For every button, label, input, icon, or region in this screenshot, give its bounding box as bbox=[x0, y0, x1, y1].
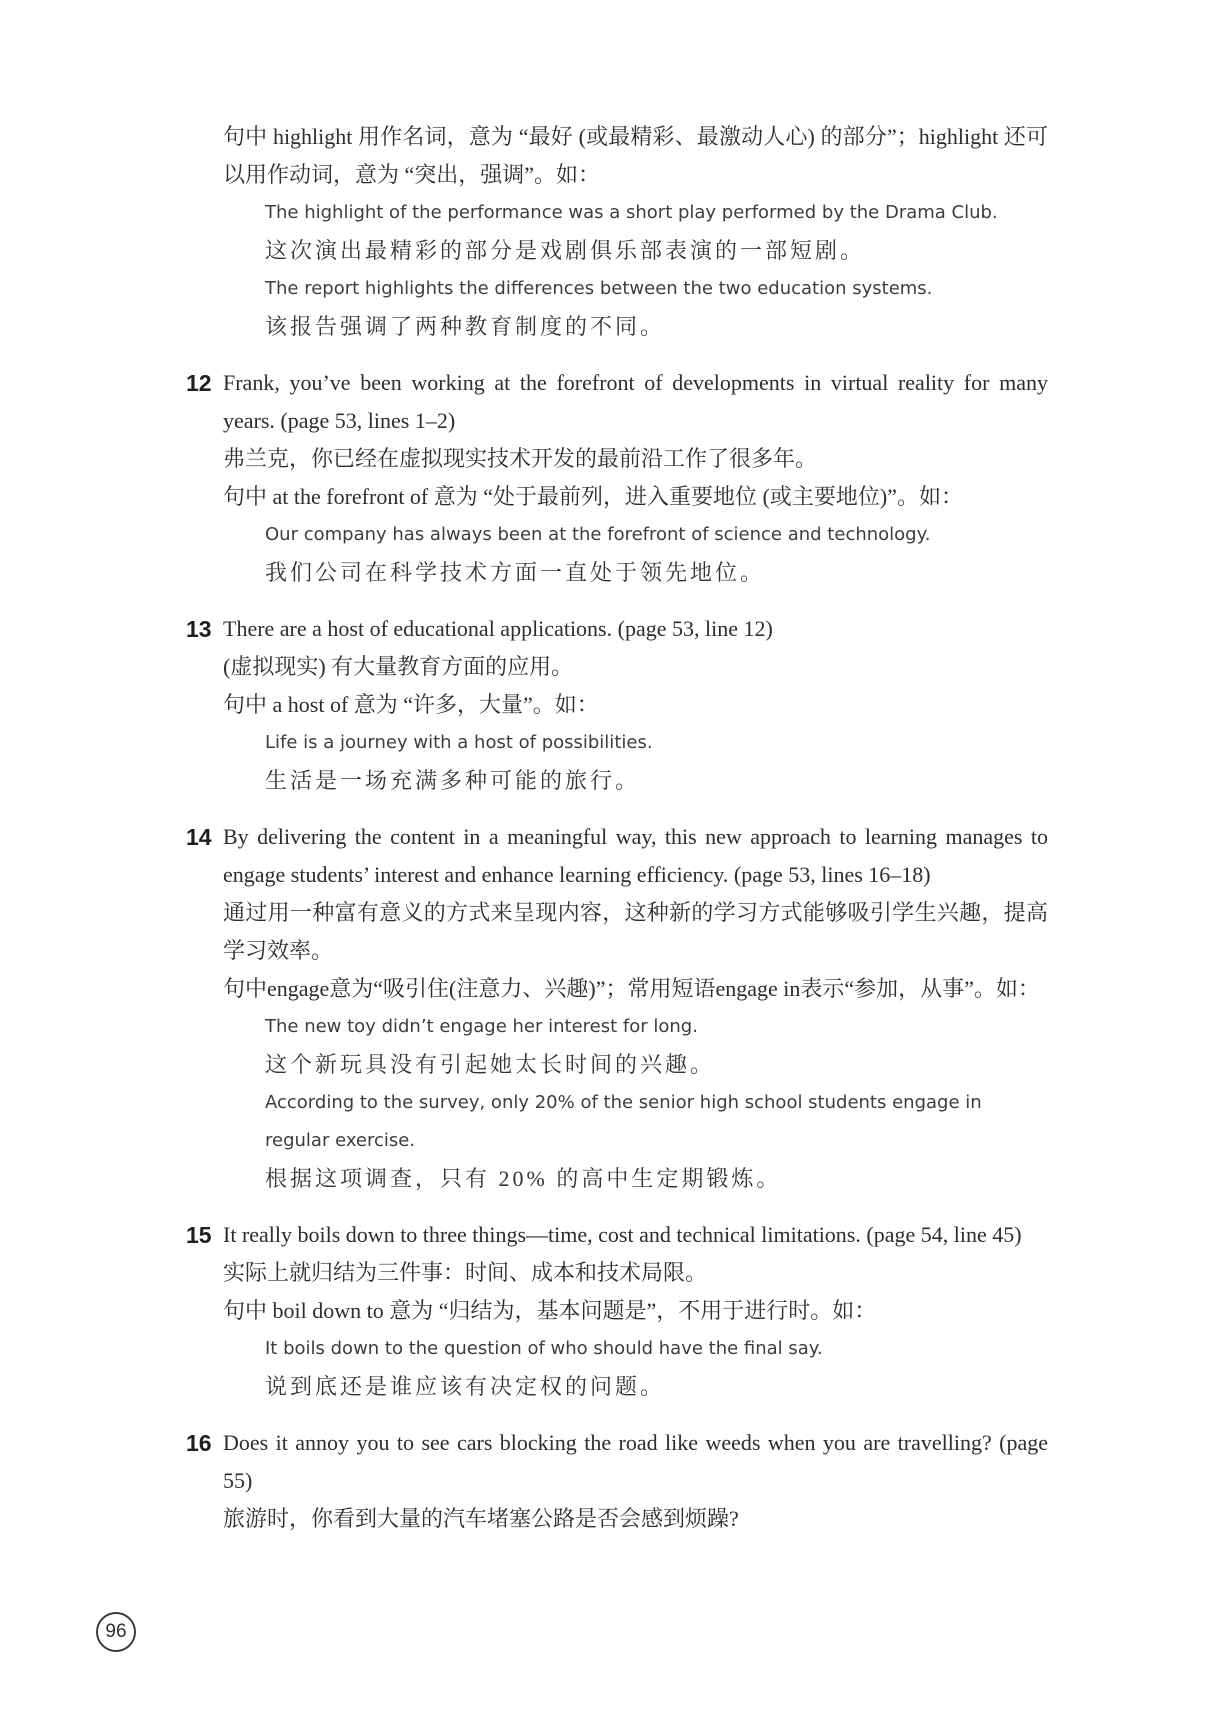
item-number: 12 bbox=[186, 364, 223, 592]
note-item-14: 14 By delivering the content in a meanin… bbox=[186, 818, 1048, 1198]
textbook-sentence: Frank, you’ve been working at the forefr… bbox=[223, 364, 1048, 440]
example-sentence-zh: 该报告强调了两种教育制度的不同。 bbox=[265, 308, 1048, 346]
textbook-sentence: By delivering the content in a meaningfu… bbox=[223, 818, 1048, 894]
note-item-highlight-continued: 句中 highlight 用作名词，意为 “最好 (或最精彩、最激动人心) 的部… bbox=[186, 118, 1048, 346]
usage-explanation: 句中 a host of 意为 “许多，大量”。如： bbox=[223, 686, 1048, 724]
example-sentence-zh: 我们公司在科学技术方面一直处于领先地位。 bbox=[265, 554, 1048, 592]
example-sentence-zh: 这次演出最精彩的部分是戏剧俱乐部表演的一部短剧。 bbox=[265, 232, 1048, 270]
note-item-12: 12 Frank, you’ve been working at the for… bbox=[186, 364, 1048, 592]
sentence-translation: (虚拟现实) 有大量教育方面的应用。 bbox=[223, 648, 1048, 686]
example-sentence-en: The new toy didn’t engage her interest f… bbox=[265, 1008, 1048, 1046]
note-item-16: 16 Does it annoy you to see cars blockin… bbox=[186, 1424, 1048, 1538]
item-number: 16 bbox=[186, 1424, 223, 1538]
usage-explanation: 句中engage意为“吸引住(注意力、兴趣)”；常用短语engage in表示“… bbox=[223, 970, 1048, 1008]
examples-block: The highlight of the performance was a s… bbox=[223, 194, 1048, 346]
sentence-translation: 实际上就归结为三件事：时间、成本和技术局限。 bbox=[223, 1254, 1048, 1292]
example-sentence-zh: 生活是一场充满多种可能的旅行。 bbox=[265, 762, 1048, 800]
note-item-body: It really boils down to three things—tim… bbox=[223, 1216, 1048, 1406]
sentence-translation: 弗兰克，你已经在虚拟现实技术开发的最前沿工作了很多年。 bbox=[223, 440, 1048, 478]
example-sentence-en: According to the survey, only 20% of the… bbox=[265, 1084, 1048, 1160]
page-number: 96 bbox=[105, 1621, 126, 1643]
note-item-13: 13 There are a host of educational appli… bbox=[186, 610, 1048, 800]
item-number: 14 bbox=[186, 818, 223, 1198]
usage-explanation: 句中 boil down to 意为 “归结为，基本问题是”，不用于进行时。如： bbox=[223, 1292, 1048, 1330]
language-notes-list: 句中 highlight 用作名词，意为 “最好 (或最精彩、最激动人心) 的部… bbox=[186, 118, 1048, 1556]
example-sentence-en: The report highlights the differences be… bbox=[265, 270, 1048, 308]
examples-block: The new toy didn’t engage her interest f… bbox=[223, 1008, 1048, 1198]
note-item-body: 句中 highlight 用作名词，意为 “最好 (或最精彩、最激动人心) 的部… bbox=[223, 118, 1048, 346]
page-number-badge: 96 bbox=[96, 1612, 136, 1652]
note-item-body: There are a host of educational applicat… bbox=[223, 610, 1048, 800]
usage-explanation: 句中 highlight 用作名词，意为 “最好 (或最精彩、最激动人心) 的部… bbox=[223, 118, 1048, 194]
note-item-15: 15 It really boils down to three things—… bbox=[186, 1216, 1048, 1406]
examples-block: Life is a journey with a host of possibi… bbox=[223, 724, 1048, 800]
item-number: 15 bbox=[186, 1216, 223, 1406]
examples-block: It boils down to the question of who sho… bbox=[223, 1330, 1048, 1406]
textbook-sentence: There are a host of educational applicat… bbox=[223, 610, 1048, 648]
note-item-body: Frank, you’ve been working at the forefr… bbox=[223, 364, 1048, 592]
example-sentence-en: The highlight of the performance was a s… bbox=[265, 194, 1048, 232]
usage-explanation: 句中 at the forefront of 意为 “处于最前列，进入重要地位 … bbox=[223, 478, 1048, 516]
textbook-page: 句中 highlight 用作名词，意为 “最好 (或最精彩、最激动人心) 的部… bbox=[0, 0, 1207, 1717]
item-number: 13 bbox=[186, 610, 223, 800]
textbook-sentence: Does it annoy you to see cars blocking t… bbox=[223, 1424, 1048, 1500]
sentence-translation: 旅游时，你看到大量的汽车堵塞公路是否会感到烦躁? bbox=[223, 1500, 1048, 1538]
example-sentence-en: It boils down to the question of who sho… bbox=[265, 1330, 1048, 1368]
example-sentence-zh: 说到底还是谁应该有决定权的问题。 bbox=[265, 1368, 1048, 1406]
note-item-body: By delivering the content in a meaningfu… bbox=[223, 818, 1048, 1198]
textbook-sentence: It really boils down to three things—tim… bbox=[223, 1216, 1048, 1254]
example-sentence-zh: 根据这项调查，只有 20% 的高中生定期锻炼。 bbox=[265, 1160, 1048, 1198]
sentence-translation: 通过用一种富有意义的方式来呈现内容，这种新的学习方式能够吸引学生兴趣，提高学习效… bbox=[223, 894, 1048, 970]
example-sentence-en: Our company has always been at the foref… bbox=[265, 516, 1048, 554]
examples-block: Our company has always been at the foref… bbox=[223, 516, 1048, 592]
example-sentence-zh: 这个新玩具没有引起她太长时间的兴趣。 bbox=[265, 1046, 1048, 1084]
example-sentence-en: Life is a journey with a host of possibi… bbox=[265, 724, 1048, 762]
note-item-body: Does it annoy you to see cars blocking t… bbox=[223, 1424, 1048, 1538]
